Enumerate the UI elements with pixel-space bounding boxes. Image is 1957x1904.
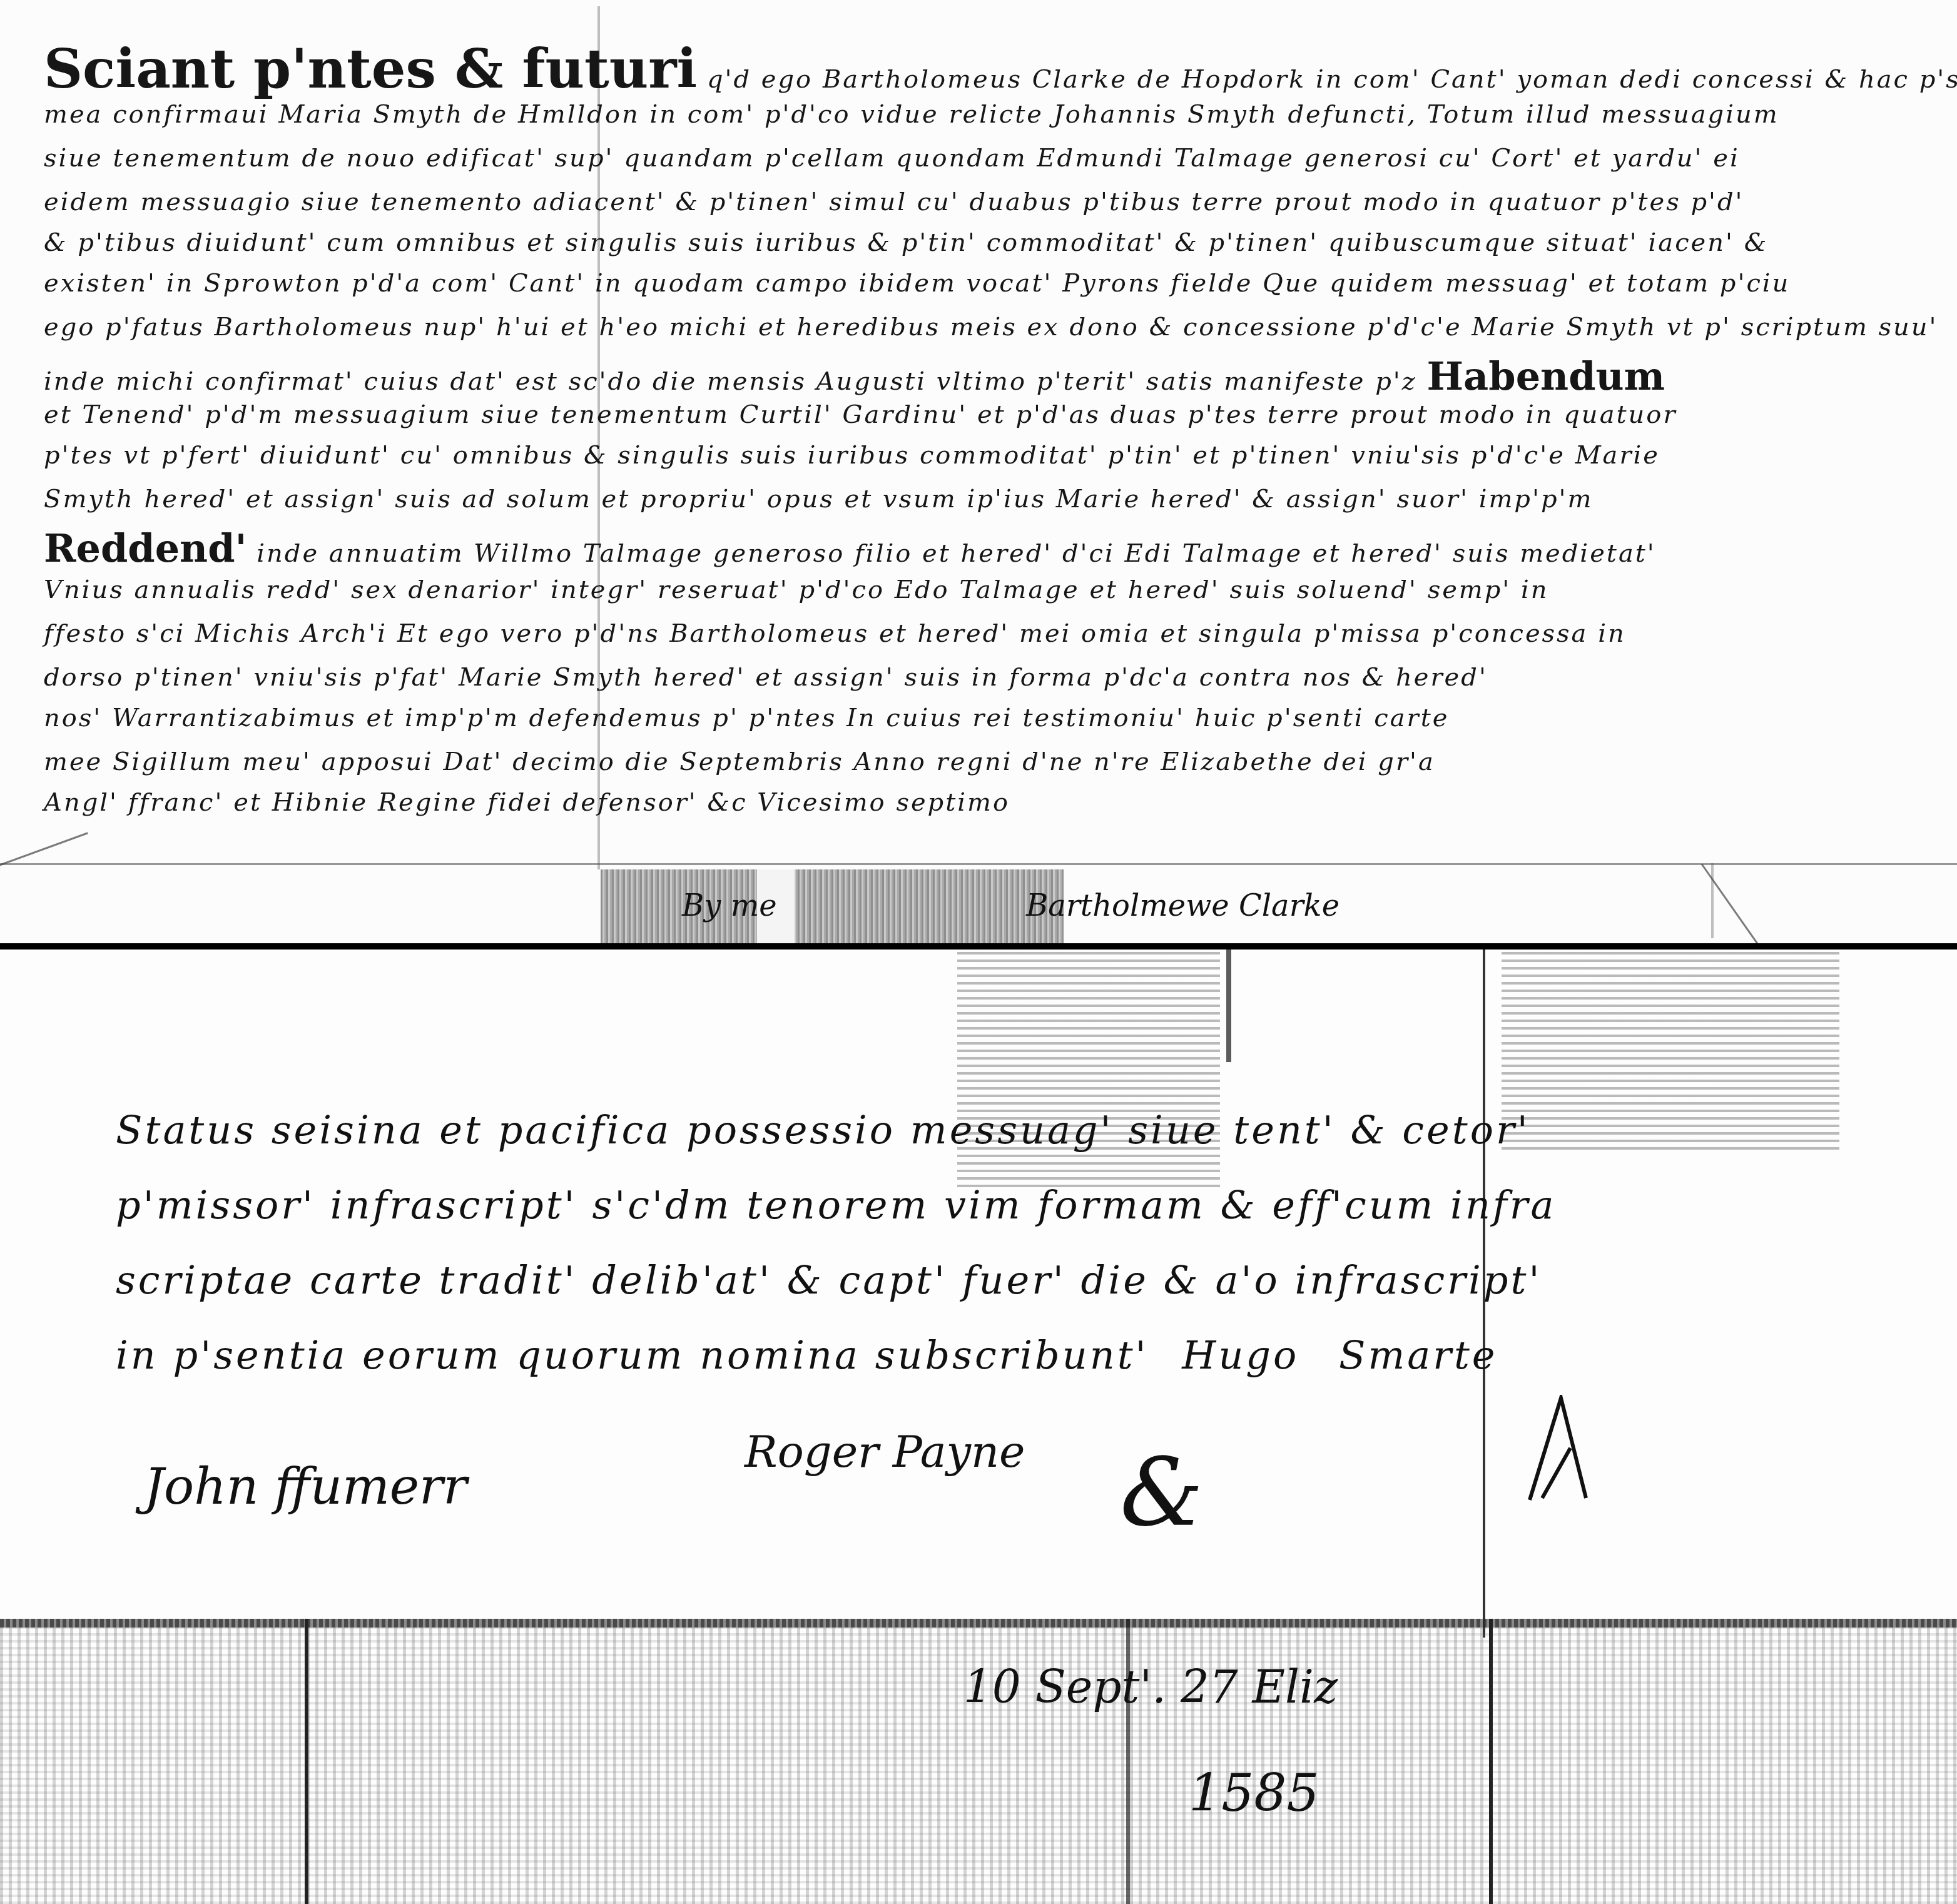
date-note-year: 1585 [1189,1764,1319,1823]
habendum-heading: Habendum [1427,353,1665,399]
fold-line [1701,864,1796,943]
smudge [1502,949,1839,1150]
deed-line-16: nos' Warrantizabimus et imp'p'm defendem… [44,704,1449,732]
deed-line-10: p'tes vt p'fert' diuidunt' cu' omnibus &… [44,441,1660,470]
signature-john-ffumerr: John ffumerr [144,1457,467,1516]
signature-hugo: Hugo [1182,1332,1299,1378]
date-note-regnal: 10 Sept'. 27 Eliz [963,1661,1338,1713]
fold-line [1711,863,1714,938]
fold-line [597,6,600,869]
deed-line-17: mee Sigillum meu' apposui Dat' decimo di… [44,747,1435,776]
deed-line-1: Sciant p'ntes & futuri q'd ego Bartholom… [44,38,1957,101]
deed-line-2: mea confirmaui Maria Smyth de Hmlldon in… [44,100,1779,129]
deed-line-15: dorso p'tinen' vniu'sis p'fat' Marie Smy… [44,663,1488,692]
deed-line-9: et Tenend' p'd'm messuagium siue tenemen… [44,400,1677,429]
fold-line [1226,949,1231,1062]
fold-line [305,1619,308,1904]
deed-line-11: Smyth hered' et assign' suis ad solum et… [44,485,1594,514]
seal-tag [601,869,1064,943]
deed-line-text: q'd ego Bartholomeus Clarke de Hopdork i… [707,65,1957,94]
panel-divider [0,943,1957,949]
deed-line-6: existen' in Sprowton p'd'a com' Cant' in… [44,269,1790,298]
deed-line-text: inde michi confirmat' cuius dat' est sc'… [44,367,1417,396]
deed-line-3: siue tenementum de nouo edificat' sup' q… [44,144,1740,173]
deed-line-4: eidem messuagio siue tenemento adiacent'… [44,188,1744,216]
signatory-mark-a-icon [1527,1395,1589,1501]
deed-line-8: inde michi confirmat' cuius dat' est sc'… [44,353,1665,399]
endorsement-line-text: in p'sentia eorum quorum nomina subscrib… [116,1332,1149,1378]
deed-line-18: Angl' ffranc' et Hibnie Regine fidei def… [44,788,1010,817]
deed-line-12: Reddend' inde annuatim Willmo Talmage ge… [44,525,1656,571]
deed-line-14: ffesto s'ci Michis Arch'i Et ego vero p'… [44,619,1626,648]
signature-roger-payne: Roger Payne [745,1426,1025,1477]
endorsement-line-1: Status seisina et pacifica possessio mes… [116,1107,1530,1153]
seal-by-me: By me [682,888,777,923]
fold-line [0,1619,1957,1628]
fold-line [1489,1619,1493,1904]
reddendum-heading: Reddend' [44,525,247,571]
deed-line-text: inde annuatim Willmo Talmage generoso fi… [257,539,1656,568]
deed-panel: Sciant p'ntes & futuri q'd ego Bartholom… [0,0,1957,943]
deed-line-7: ego p'fatus Bartholomeus nup' h'ui et h'… [44,313,1938,342]
endorsement-line-3: scriptae carte tradit' delib'at' & capt'… [116,1257,1542,1303]
signature-smarte: Smarte [1339,1332,1497,1378]
deed-line-5: & p'tibus diuidunt' cum omnibus et singu… [44,228,1768,257]
endorsement-line-2: p'missor' infrascript' s'c'dm tenorem vi… [116,1182,1556,1228]
deed-heading: Sciant p'ntes & futuri [44,38,697,101]
seal-signature-name: Bartholmewe Clarke [1026,888,1339,923]
fold-line [0,863,1957,865]
deed-line-13: Vnius annualis redd' sex denarior' integ… [44,575,1549,604]
signature-mark: & [1120,1439,1204,1547]
endorsement-line-4: in p'sentia eorum quorum nomina subscrib… [116,1332,1498,1378]
